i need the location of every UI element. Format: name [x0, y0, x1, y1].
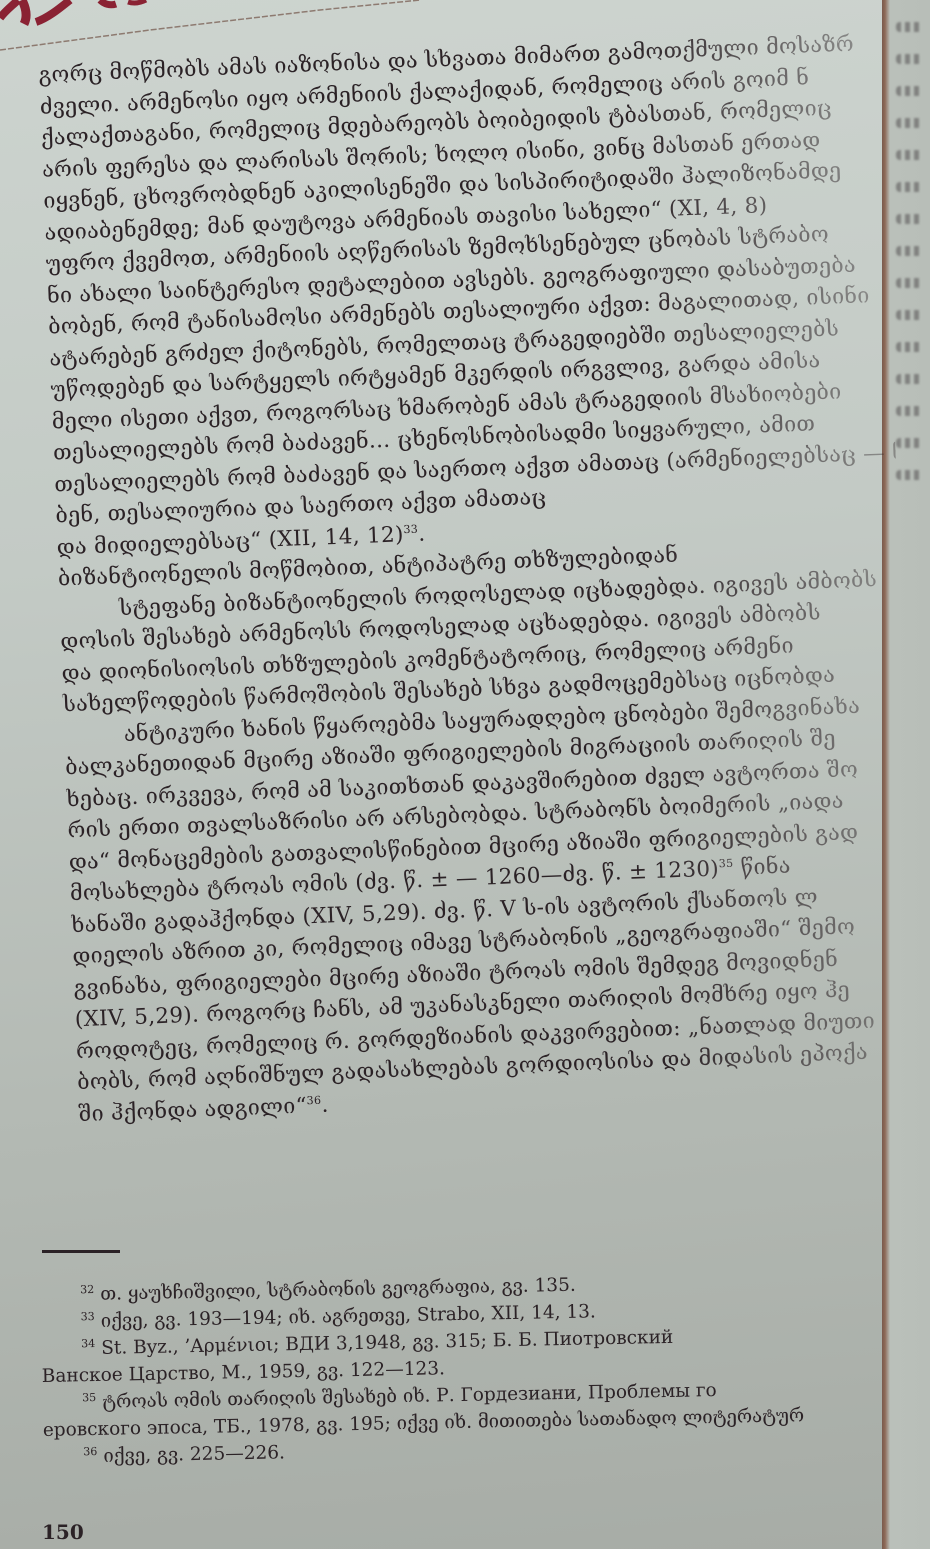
footnote-number: 36 — [83, 1445, 97, 1458]
footnote-ref-33[interactable]: 33 — [403, 522, 418, 536]
footnotes: 32თ. ყაუხჩიშვილი, სტრაბონის გეოგრაფია, გ… — [40, 1266, 893, 1471]
footnote-number: 32 — [80, 1283, 94, 1296]
footnote-ref-36[interactable]: 36 — [306, 1093, 321, 1107]
body-paragraphs: გორც მოწმობს ამას იაზონისა და სხვათა მიმ… — [38, 28, 920, 1131]
book-page-photo: გორც მოწმობს ამას იაზონისა და სხვათა მიმ… — [0, 0, 930, 1549]
page-number: 150 — [42, 1520, 84, 1544]
footnote-separator — [42, 1250, 120, 1253]
main-text-block: გორც მოწმობს ამას იაზონისა და სხვათა მიმ… — [38, 28, 920, 1131]
footnote-number: 35 — [82, 1391, 96, 1404]
footnote-ref-35[interactable]: 35 — [719, 857, 734, 871]
footnote-number: 33 — [81, 1310, 95, 1323]
cover-ornament — [0, 0, 180, 30]
footnote-number: 34 — [81, 1337, 95, 1350]
